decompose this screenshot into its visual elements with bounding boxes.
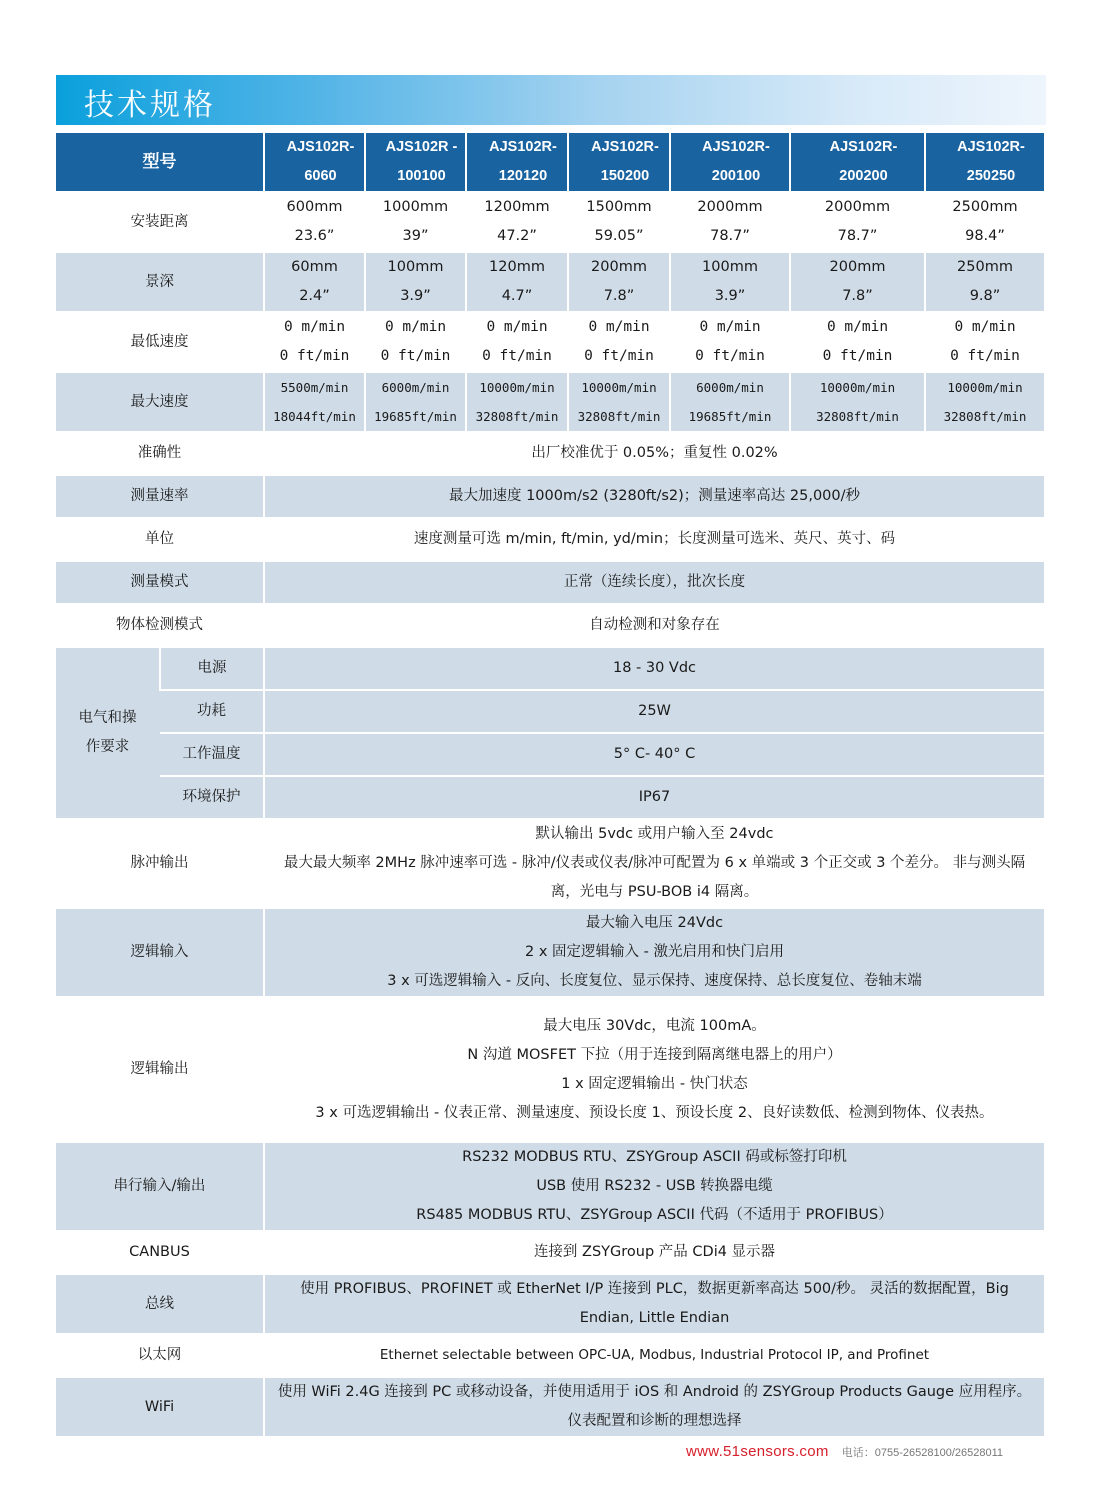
table-cell: 使用 WiFi 2.4G 连接到 PC 或移动设备，并使用适用于 iOS 和 A… <box>264 1377 1044 1436</box>
table-cell: 6000m/min19685ft/min <box>670 372 790 432</box>
row-label: 安装距离 <box>56 192 264 252</box>
row-label: 电源 <box>160 647 264 690</box>
table-cell: 0 m/min0 ft/min <box>264 312 365 372</box>
table-cell: IP67 <box>264 776 1044 819</box>
table-cell: 2000mm78.7” <box>790 192 925 252</box>
row-label: 单位 <box>56 518 264 561</box>
table-cell: 2500mm98.4” <box>925 192 1044 252</box>
table-row: 工作温度 5° C- 40° C <box>56 733 1044 776</box>
table-cell: 10000m/min32808ft/min <box>466 372 568 432</box>
model-header-cell: AJS102R-200200 <box>790 132 925 192</box>
table-cell: 默认输出 5vdc 或用户输入至 24vdc 最大最大频率 2MHz 脉冲速率可… <box>264 819 1044 908</box>
table-cell: 1200mm47.2” <box>466 192 568 252</box>
table-row: 准确性 出厂校准优于 0.05%；重复性 0.02% <box>56 432 1044 475</box>
table-cell: 最大输入电压 24Vdc 2 x 固定逻辑输入 - 激光启用和快门启用 3 x … <box>264 908 1044 997</box>
table-cell: 自动检测和对象存在 <box>264 604 1044 647</box>
table-row: 脉冲输出 默认输出 5vdc 或用户输入至 24vdc 最大最大频率 2MHz … <box>56 819 1044 908</box>
table-row: CANBUS 连接到 ZSYGroup 产品 CDi4 显示器 <box>56 1231 1044 1274</box>
table-cell: 200mm7.8” <box>790 252 925 312</box>
table-row: 逻辑输入 最大输入电压 24Vdc 2 x 固定逻辑输入 - 激光启用和快门启用… <box>56 908 1044 997</box>
footer: www.51sensors.com 电话：0755-26528100/26528… <box>686 1441 1003 1460</box>
footer-phone: 电话：0755-26528100/26528011 <box>842 1447 1003 1459</box>
table-row: 景深 60mm2.4” 100mm3.9” 120mm4.7” 200mm7.8… <box>56 252 1044 312</box>
model-header-cell: AJS102R-150200 <box>568 132 670 192</box>
section-title-bar: 技术规格 <box>56 75 1046 125</box>
table-cell: 0 m/min0 ft/min <box>466 312 568 372</box>
table-row: 串行输入/输出 RS232 MODBUS RTU、ZSYGroup ASCII … <box>56 1142 1044 1231</box>
table-cell: 速度测量可选 m/min, ft/min, yd/min；长度测量可选米、英尺、… <box>264 518 1044 561</box>
table-cell: 600mm23.6” <box>264 192 365 252</box>
row-label: 工作温度 <box>160 733 264 776</box>
row-label: WiFi <box>56 1377 264 1436</box>
table-cell: RS232 MODBUS RTU、ZSYGroup ASCII 码或标签打印机 … <box>264 1142 1044 1231</box>
table-row: 测量模式 正常（连续长度），批次长度 <box>56 561 1044 604</box>
table-cell: 60mm2.4” <box>264 252 365 312</box>
group-label-electrical: 电气和操 作要求 <box>56 647 160 819</box>
table-row: 逻辑输出 最大电压 30Vdc，电流 100mA。 N 沟道 MOSFET 下拉… <box>56 997 1044 1142</box>
table-cell: 200mm7.8” <box>568 252 670 312</box>
table-cell: 2000mm78.7” <box>670 192 790 252</box>
table-cell: 0 m/min0 ft/min <box>670 312 790 372</box>
table-cell: 连接到 ZSYGroup 产品 CDi4 显示器 <box>264 1231 1044 1274</box>
model-header-cell: AJS102R-200100 <box>670 132 790 192</box>
table-cell: 0 m/min0 ft/min <box>790 312 925 372</box>
table-row: 最大速度 5500m/min18044ft/min 6000m/min19685… <box>56 372 1044 432</box>
table-row: 电气和操 作要求 电源 18 - 30 Vdc <box>56 647 1044 690</box>
table-row: 安装距离 600mm23.6” 1000mm39” 1200mm47.2” 15… <box>56 192 1044 252</box>
row-label: CANBUS <box>56 1231 264 1274</box>
table-row: 单位 速度测量可选 m/min, ft/min, yd/min；长度测量可选米、… <box>56 518 1044 561</box>
row-label: 准确性 <box>56 432 264 475</box>
row-label: 测量模式 <box>56 561 264 604</box>
row-label: 以太网 <box>56 1334 264 1377</box>
table-cell: 6000m/min19685ft/min <box>365 372 466 432</box>
table-cell: 0 m/min0 ft/min <box>925 312 1044 372</box>
table-cell: 10000m/min32808ft/min <box>925 372 1044 432</box>
table-cell: 5° C- 40° C <box>264 733 1044 776</box>
table-cell: 使用 PROFIBUS、PROFINET 或 EtherNet I/P 连接到 … <box>264 1274 1044 1334</box>
model-header-cell: AJS102R-120120 <box>466 132 568 192</box>
row-label: 脉冲输出 <box>56 819 264 908</box>
table-cell: 出厂校准优于 0.05%；重复性 0.02% <box>264 432 1044 475</box>
table-cell: 18 - 30 Vdc <box>264 647 1044 690</box>
row-label: 物体检测模式 <box>56 604 264 647</box>
table-cell: 0 m/min0 ft/min <box>568 312 670 372</box>
table-row: WiFi 使用 WiFi 2.4G 连接到 PC 或移动设备，并使用适用于 iO… <box>56 1377 1044 1436</box>
row-label: 总线 <box>56 1274 264 1334</box>
row-label: 功耗 <box>160 690 264 733</box>
table-cell: 100mm3.9” <box>365 252 466 312</box>
row-label: 逻辑输出 <box>56 997 264 1142</box>
table-cell: 1500mm59.05” <box>568 192 670 252</box>
table-cell: Ethernet selectable between OPC-UA, Modb… <box>264 1334 1044 1377</box>
table-cell: 120mm4.7” <box>466 252 568 312</box>
model-header-cell: AJS102R -100100 <box>365 132 466 192</box>
section-title: 技术规格 <box>84 80 216 124</box>
model-header-cell: AJS102R-250250 <box>925 132 1044 192</box>
model-header-cell: AJS102R-6060 <box>264 132 365 192</box>
row-label: 串行输入/输出 <box>56 1142 264 1231</box>
table-header-row: 型号 AJS102R-6060 AJS102R -100100 AJS102R-… <box>56 132 1044 192</box>
row-label: 环境保护 <box>160 776 264 819</box>
table-cell: 5500m/min18044ft/min <box>264 372 365 432</box>
table-cell: 最大加速度 1000m/s2 (3280ft/s2)；测量速率高达 25,000… <box>264 475 1044 518</box>
row-label: 逻辑输入 <box>56 908 264 997</box>
table-cell: 100mm3.9” <box>670 252 790 312</box>
table-row: 总线 使用 PROFIBUS、PROFINET 或 EtherNet I/P 连… <box>56 1274 1044 1334</box>
table-cell: 0 m/min0 ft/min <box>365 312 466 372</box>
table-cell: 1000mm39” <box>365 192 466 252</box>
row-label: 测量速率 <box>56 475 264 518</box>
table-cell: 10000m/min32808ft/min <box>790 372 925 432</box>
table-cell: 正常（连续长度），批次长度 <box>264 561 1044 604</box>
table-row: 功耗 25W <box>56 690 1044 733</box>
table-cell: 25W <box>264 690 1044 733</box>
table-cell: 最大电压 30Vdc，电流 100mA。 N 沟道 MOSFET 下拉（用于连接… <box>264 997 1044 1142</box>
table-row: 以太网 Ethernet selectable between OPC-UA, … <box>56 1334 1044 1377</box>
table-cell: 10000m/min32808ft/min <box>568 372 670 432</box>
table-cell: 250mm9.8” <box>925 252 1044 312</box>
table-row: 最低速度 0 m/min0 ft/min 0 m/min0 ft/min 0 m… <box>56 312 1044 372</box>
table-row: 环境保护 IP67 <box>56 776 1044 819</box>
row-label: 景深 <box>56 252 264 312</box>
model-header-label: 型号 <box>56 132 264 192</box>
footer-website-link[interactable]: www.51sensors.com <box>686 1443 829 1460</box>
row-label: 最大速度 <box>56 372 264 432</box>
row-label: 最低速度 <box>56 312 264 372</box>
spec-table: 型号 AJS102R-6060 AJS102R -100100 AJS102R-… <box>56 131 1044 1436</box>
table-row: 测量速率 最大加速度 1000m/s2 (3280ft/s2)；测量速率高达 2… <box>56 475 1044 518</box>
table-row: 物体检测模式 自动检测和对象存在 <box>56 604 1044 647</box>
